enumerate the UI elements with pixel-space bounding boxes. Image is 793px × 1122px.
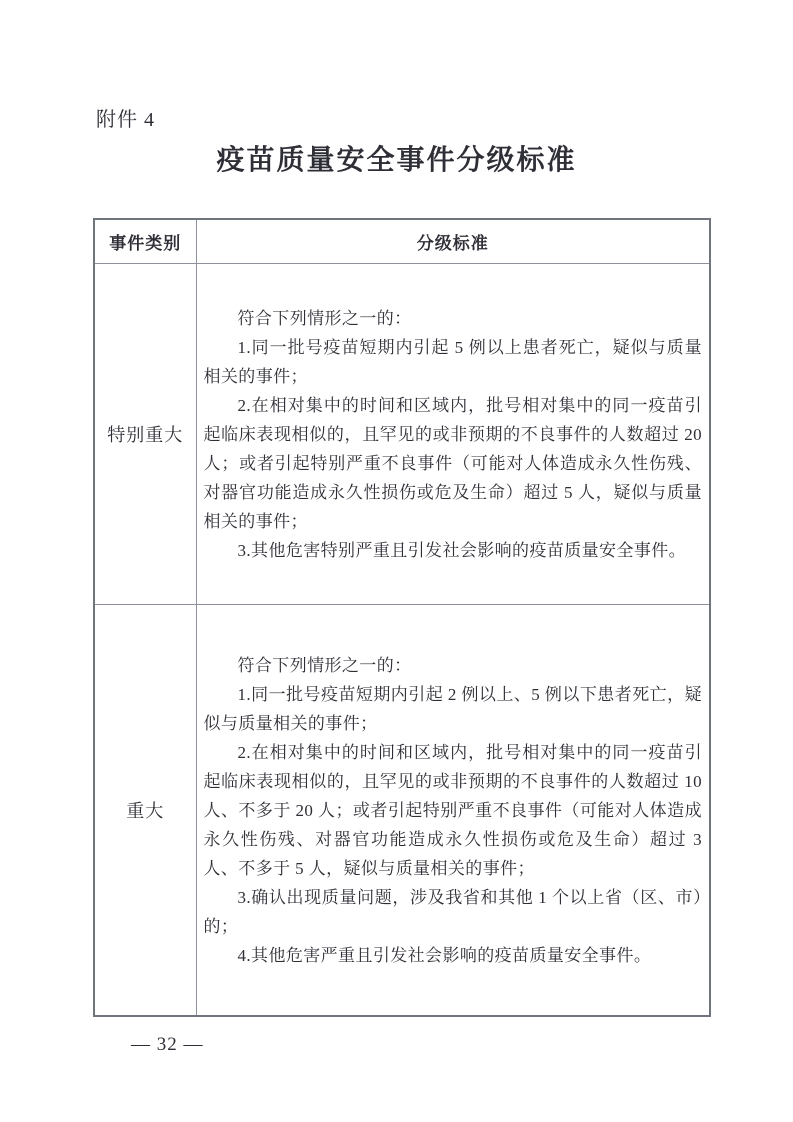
criteria-cell: 符合下列情形之一的： 1.同一批号疫苗短期内引起 2 例以上、5 例以下患者死亡…: [196, 605, 710, 1017]
page-title: 疫苗质量安全事件分级标准: [0, 138, 793, 178]
document-page: 附件 4 疫苗质量安全事件分级标准 事件类别 分级标准 特别重大 符合下列情形之…: [0, 0, 793, 1122]
criteria-paragraph: 2.在相对集中的时间和区域内，批号相对集中的同一疫苗引起临床表现相似的，且罕见的…: [204, 738, 703, 883]
criteria-paragraph: 3.确认出现质量问题，涉及我省和其他 1 个以上省（区、市）的；: [204, 883, 703, 941]
page-number: — 32 —: [131, 1034, 204, 1056]
criteria-cell: 符合下列情形之一的： 1.同一批号疫苗短期内引起 5 例以上患者死亡，疑似与质量…: [196, 264, 710, 605]
table-header-row: 事件类别 分级标准: [94, 219, 710, 264]
column-header-criteria: 分级标准: [196, 219, 710, 264]
table-row-special-major: 特别重大 符合下列情形之一的： 1.同一批号疫苗短期内引起 5 例以上患者死亡，…: [94, 264, 710, 605]
classification-table: 事件类别 分级标准 特别重大 符合下列情形之一的： 1.同一批号疫苗短期内引起 …: [93, 218, 711, 1017]
attachment-label: 附件 4: [96, 103, 155, 132]
criteria-paragraph: 符合下列情形之一的：: [204, 651, 703, 680]
criteria-paragraph: 3.其他危害特别严重且引发社会影响的疫苗质量安全事件。: [204, 536, 703, 565]
criteria-paragraph: 1.同一批号疫苗短期内引起 5 例以上患者死亡，疑似与质量相关的事件；: [204, 333, 703, 391]
criteria-paragraph: 4.其他危害严重且引发社会影响的疫苗质量安全事件。: [204, 941, 703, 970]
category-cell: 重大: [94, 605, 196, 1017]
criteria-paragraph: 符合下列情形之一的：: [204, 304, 703, 333]
category-cell: 特别重大: [94, 264, 196, 605]
criteria-paragraph: 1.同一批号疫苗短期内引起 2 例以上、5 例以下患者死亡，疑似与质量相关的事件…: [204, 680, 703, 738]
column-header-category: 事件类别: [94, 219, 196, 264]
criteria-paragraph: 2.在相对集中的时间和区域内，批号相对集中的同一疫苗引起临床表现相似的，且罕见的…: [204, 391, 703, 536]
table-row-major: 重大 符合下列情形之一的： 1.同一批号疫苗短期内引起 2 例以上、5 例以下患…: [94, 605, 710, 1017]
